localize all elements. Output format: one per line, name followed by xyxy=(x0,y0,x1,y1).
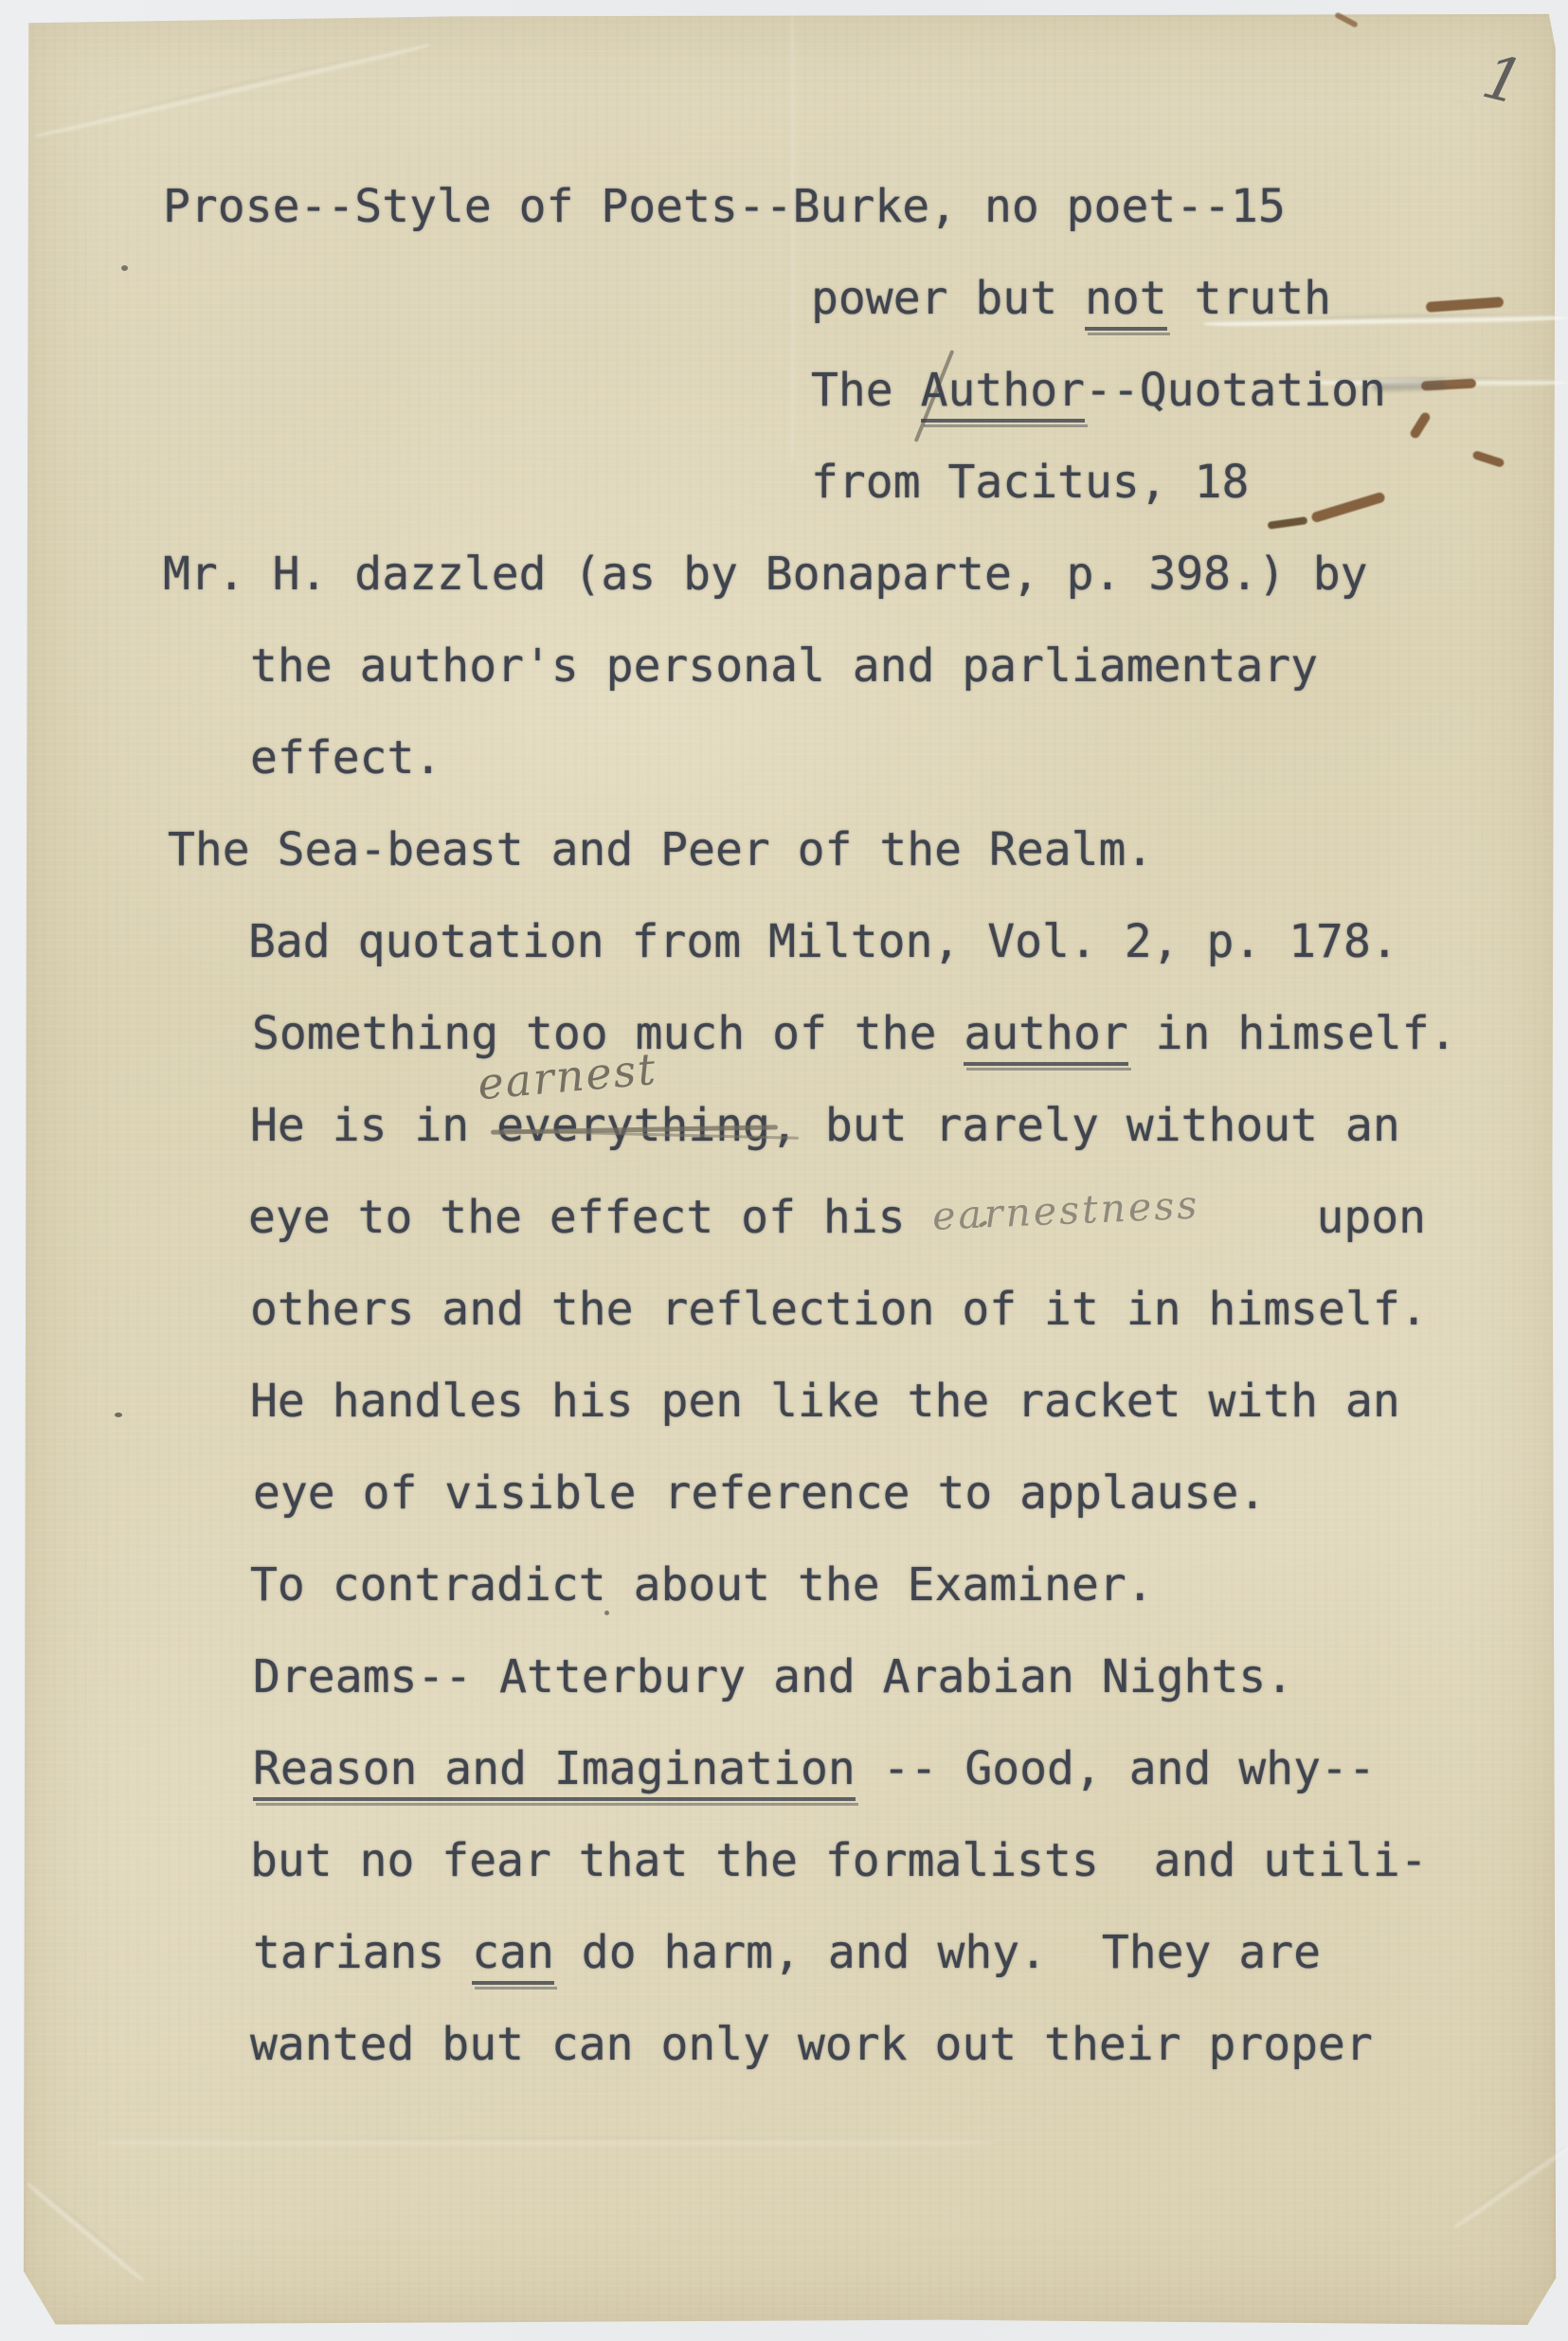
underlined-text: author xyxy=(964,1007,1127,1066)
ink-speck xyxy=(115,1413,122,1417)
typed-line: wanted but can only work out their prope… xyxy=(250,2019,1373,2070)
typed-text: Dreams-- Atterbury and Arabian Nights. xyxy=(253,1650,1293,1703)
typed-line: tarians can do harm, and why. They are xyxy=(253,1927,1321,1978)
typed-text: Mr. H. dazzled (as by Bonaparte, p. 398.… xyxy=(163,548,1368,601)
typed-line: effect. xyxy=(250,732,442,783)
typed-text: effect. xyxy=(250,731,442,784)
typed-line: eye to the effect of his earnestnessupon xyxy=(248,1192,1426,1245)
typed-text: power but xyxy=(811,272,1085,325)
typed-line: Mr. H. dazzled (as by Bonaparte, p. 398.… xyxy=(163,549,1368,600)
typed-text: the author's personal and parliamentary xyxy=(250,639,1318,693)
typed-text: --Quotation xyxy=(1085,364,1386,417)
typed-text: Bad quotation from Milton, Vol. 2, p. 17… xyxy=(248,915,1398,968)
typed-text: others and the reflection of it in himse… xyxy=(250,1283,1428,1336)
typed-line: To contradict about the Examiner. xyxy=(250,1559,1154,1611)
typed-text: wanted but can only work out their prope… xyxy=(250,2018,1373,2071)
typed-text: To contradict about the Examiner. xyxy=(250,1558,1154,1612)
typed-text: eye of visible reference to applause. xyxy=(253,1467,1266,1520)
typed-line: He handles his pen like the racket with … xyxy=(250,1376,1400,1427)
typed-text: from Tacitus, 18 xyxy=(811,456,1249,509)
typed-line: Bad quotation from Milton, Vol. 2, p. 17… xyxy=(248,916,1398,967)
typed-text: truth xyxy=(1167,272,1331,325)
typed-text: but no fear that the formalists and util… xyxy=(250,1834,1428,1887)
typed-line: but no fear that the formalists and util… xyxy=(250,1835,1428,1886)
typed-line: earnestHe is in everything, but rarely w… xyxy=(250,1100,1400,1151)
underlined-text: not xyxy=(1085,272,1167,331)
typed-line: Dreams-- Atterbury and Arabian Nights. xyxy=(253,1651,1293,1702)
typed-text: -- Good, and why-- xyxy=(856,1742,1376,1795)
typed-text: , but rarely without an xyxy=(770,1099,1400,1152)
typed-line: The Sea-beast and Peer of the Realm. xyxy=(168,824,1153,875)
typed-line: others and the reflection of it in himse… xyxy=(250,1284,1428,1335)
typed-text: do harm, and why. They are xyxy=(554,1926,1321,1979)
typed-line: Reason and Imagination -- Good, and why-… xyxy=(253,1743,1376,1794)
struck-word: everything xyxy=(496,1099,770,1152)
ink-speck xyxy=(121,265,128,271)
typed-line: Something too much of the author in hims… xyxy=(252,1008,1457,1059)
typed-text: eye to the effect of his xyxy=(248,1191,932,1244)
typed-line: from Tacitus, 18 xyxy=(811,457,1249,508)
typed-line: Prose--Style of Poets--Burke, no poet--1… xyxy=(163,181,1286,232)
typed-text: in himself. xyxy=(1128,1007,1457,1060)
typed-text: tarians xyxy=(253,1926,472,1979)
underlined-text: Author xyxy=(921,364,1085,423)
typed-text: upon xyxy=(1316,1191,1426,1244)
typed-text: The xyxy=(811,364,921,417)
paper-sheet xyxy=(22,11,1557,2327)
typed-text: He is in xyxy=(250,1099,496,1152)
typed-line: power but not truth xyxy=(811,273,1331,324)
typed-line: eye of visible reference to applause. xyxy=(253,1468,1266,1519)
typed-line: the author's personal and parliamentary xyxy=(250,640,1318,692)
typed-text: He handles his pen like the racket with … xyxy=(250,1375,1400,1428)
underlined-text: can xyxy=(472,1926,554,1985)
scanned-document: 1 Prose--Style of Poets--Burke, no poet-… xyxy=(0,0,1568,2341)
underlined-text: Reason and Imagination xyxy=(253,1742,856,1801)
typed-text: Prose--Style of Poets--Burke, no poet--1… xyxy=(163,180,1286,233)
typed-text: The Sea-beast and Peer of the Realm. xyxy=(168,823,1153,876)
typed-line: The Author--Quotation xyxy=(811,365,1386,416)
